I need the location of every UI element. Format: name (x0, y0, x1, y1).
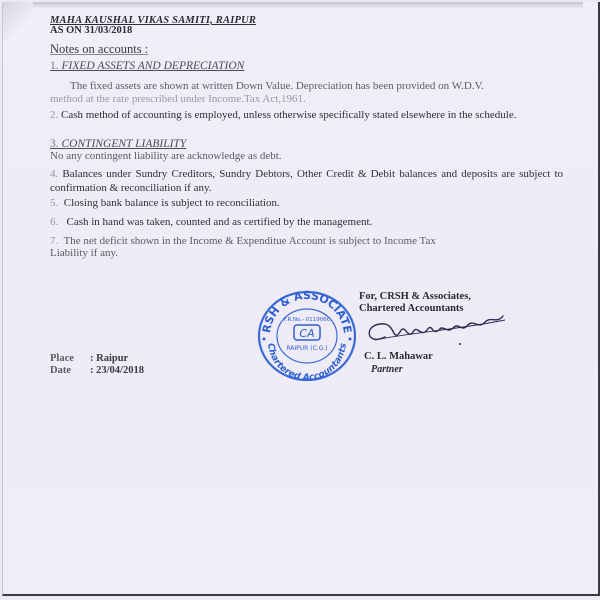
stamp-logo: CA (299, 327, 314, 340)
note-1-heading-text: FIXED ASSETS AND DEPRECIATION (62, 60, 245, 72)
as-on-date: AS ON 31/03/2018 (50, 25, 132, 36)
note-5-number: 5. (50, 197, 58, 209)
note-1-line-1: The fixed assets are shown at written Do… (70, 80, 484, 94)
note-3-heading: 3. CONTINGENT LIABILITY (50, 138, 186, 150)
note-6: 6. Cash in hand was taken, counted and a… (50, 216, 372, 230)
note-5-text: Closing bank balance is subject to recon… (64, 197, 280, 209)
note-1-line-2: method at the rate prescribed under Inco… (50, 93, 306, 107)
note-7-number: 7. (50, 235, 58, 247)
notes-title: Notes on accounts : (50, 42, 148, 57)
place-label: Place (50, 353, 90, 365)
handwritten-signature (355, 302, 515, 352)
note-1-line-1-text: The fixed assets are shown at written Do… (70, 80, 484, 92)
place-row: Place: Raipur (50, 353, 144, 365)
note-5: 5. Closing bank balance is subject to re… (50, 197, 280, 211)
note-4: 4. Balances under Sundry Creditors, Sund… (50, 168, 563, 195)
note-2-text: Cash method of accounting is employed, u… (61, 109, 516, 121)
document-page: MAHA KAUSHAL VIKAS SAMITI, RAIPUR AS ON … (2, 2, 600, 596)
note-7-line-2: Liability if any. (50, 247, 118, 261)
note-6-text: Cash in hand was taken, counted and as c… (67, 216, 373, 228)
note-3-text: No any contingent liability are acknowle… (50, 150, 282, 164)
stamp-city: RAIPUR (C.G.) (286, 345, 327, 352)
place-value: : Raipur (90, 353, 128, 364)
date-row: Date: 23/04/2018 (50, 365, 144, 377)
date-value: : 23/04/2018 (90, 365, 144, 376)
date-label: Date (50, 365, 90, 377)
scan-top-shadow (23, 2, 583, 8)
note-6-number: 6. (50, 216, 58, 228)
note-4-text: Balances under Sundry Creditors, Sundry … (50, 168, 563, 194)
note-3-heading-text: CONTINGENT LIABILITY (62, 138, 187, 150)
note-2: 2. Cash method of accounting is employed… (50, 109, 563, 123)
note-7-line-1-text: The net deficit shown in the Income & Ex… (64, 235, 436, 247)
place-date-block: Place: Raipur Date: 23/04/2018 (50, 353, 144, 377)
note-1-heading: 1. FIXED ASSETS AND DEPRECIATION (50, 60, 244, 72)
note-3-number: 3. (50, 138, 59, 150)
note-1-number: 1. (50, 60, 59, 72)
note-2-number: 2. (50, 109, 58, 121)
stamp-frn: F.R.No.- 011906C (283, 317, 330, 323)
scan-corner-fold (3, 2, 33, 42)
signatory-role: Partner (371, 364, 403, 375)
note-4-number: 4. (50, 168, 58, 180)
signatory-name: C. L. Mahawar (364, 351, 433, 362)
firm-seal-stamp: CRSH & ASSOCIATES Chartered Accountants … (256, 289, 358, 383)
